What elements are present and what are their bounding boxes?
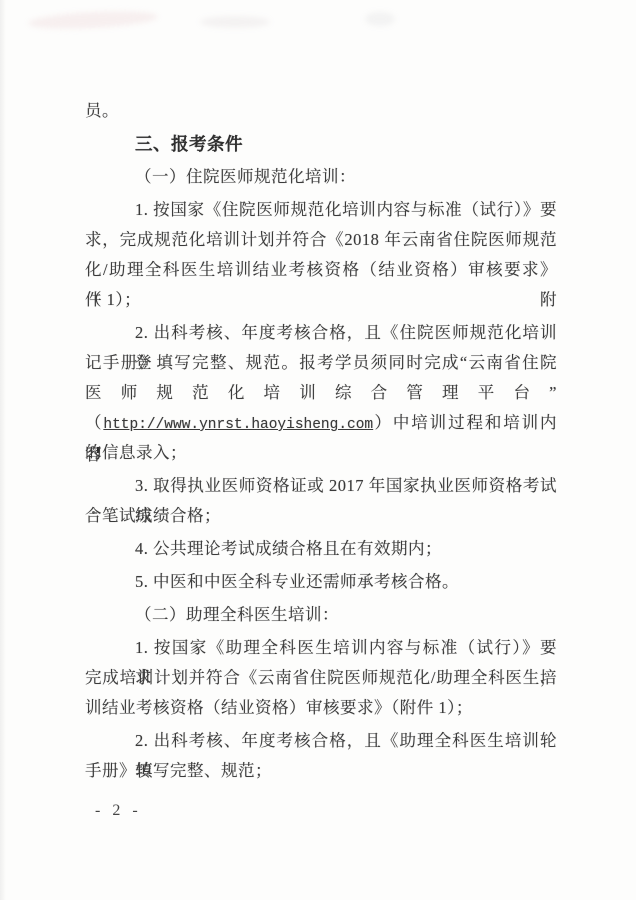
text-line: 化/助理全科医生培训结业考核资格（结业资格）审核要求》（附 <box>85 255 557 285</box>
text-line-carryover: 员。 <box>85 96 557 126</box>
text-line: 的信息录入； <box>85 438 557 468</box>
text-line: 训结业考核资格（结业资格）审核要求》（附件 1）； <box>85 693 557 723</box>
scan-smudge <box>200 16 270 28</box>
subsection-heading-2: （二）助理全科医生培训： <box>85 600 557 630</box>
text-line: 1. 按国家《住院医师规范化培训内容与标准（试行）》要 <box>85 195 557 225</box>
text-line: 2. 出科考核、年度考核合格，且《助理全科医生培训轮转 <box>85 726 557 756</box>
text-line: 4. 公共理论考试成绩合格且在有效期内； <box>85 534 557 564</box>
scan-smudge <box>365 12 395 26</box>
text-line: 求，完成规范化培训计划并符合《2018 年云南省住院医师规范 <box>85 225 557 255</box>
document-body: 员。 三、报考条件 （一）住院医师规范化培训： 1. 按国家《住院医师规范化培训… <box>85 96 557 820</box>
subsection-heading-1: （一）住院医师规范化培训： <box>85 162 557 192</box>
scanned-page: 员。 三、报考条件 （一）住院医师规范化培训： 1. 按国家《住院医师规范化培训… <box>0 0 636 900</box>
text-line: 3. 取得执业医师资格证或 2017 年国家执业医师资格考试综 <box>85 471 557 501</box>
text-line: 2. 出科考核、年度考核合格，且《住院医师规范化培训登 <box>85 318 557 348</box>
text-line: 医师规范化培训综合管理平台” <box>85 378 557 408</box>
text-line: 手册》填写完整、规范； <box>85 756 557 786</box>
text-line: 合笔试成绩合格； <box>85 501 557 531</box>
text-line-with-url: （http://www.ynrst.haoyisheng.com）中培训过程和培… <box>85 408 557 438</box>
url-prefix: （ <box>85 413 103 432</box>
text-line: 完成培训计划并符合《云南省住院医师规范化/助理全科医生培 <box>85 663 557 693</box>
text-line: 1. 按国家《助理全科医生培训内容与标准（试行）》要求， <box>85 633 557 663</box>
page-number: - 2 - <box>85 802 557 820</box>
scan-smudge <box>28 9 159 32</box>
section-heading: 三、报考条件 <box>85 129 557 159</box>
text-line: 记手册》填写完整、规范。报考学员须同时完成“云南省住院 <box>85 348 557 378</box>
training-platform-url: http://www.ynrst.haoyisheng.com <box>103 417 373 433</box>
text-line: 5. 中医和中医全科专业还需师承考核合格。 <box>85 567 557 597</box>
